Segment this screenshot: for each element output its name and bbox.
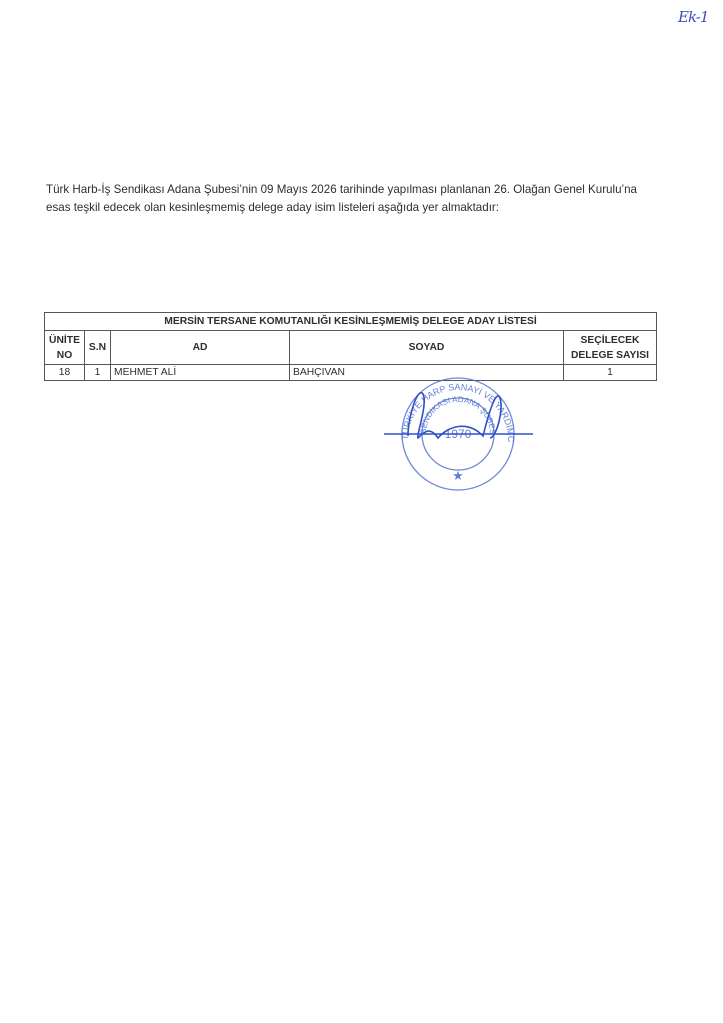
header-soyad: SOYAD xyxy=(290,331,564,365)
delegate-candidate-table: MERSİN TERSANE KOMUTANLIĞI KESİNLEŞMEMİŞ… xyxy=(44,312,657,381)
cell-delegate-count: 1 xyxy=(564,365,657,381)
header-sn: S.N xyxy=(85,331,111,365)
header-unit-no: ÜNİTE NO xyxy=(45,331,85,365)
page-border xyxy=(0,0,724,1024)
union-stamp: TÜRKİYE HARP SANAYİ VE YARDIMCI İŞKOLLAR… xyxy=(378,376,538,496)
intro-line-1: Türk Harb-İş Sendikası Adana Şubesi’nin … xyxy=(46,181,676,199)
table-row: 18 1 MEHMET ALİ BAHÇIVAN 1 xyxy=(45,365,657,381)
intro-paragraph: Türk Harb-İş Sendikası Adana Şubesi’nin … xyxy=(46,181,676,217)
star-icon: ★ xyxy=(452,468,464,483)
header-delegate-count: SEÇİLECEK DELEGE SAYISI xyxy=(564,331,657,365)
stamp-inner-text: SENDİKASI ADANA ŞUBESİ xyxy=(378,376,497,435)
cell-sn: 1 xyxy=(85,365,111,381)
header-ad: AD xyxy=(111,331,290,365)
table-title: MERSİN TERSANE KOMUTANLIĞI KESİNLEŞMEMİŞ… xyxy=(45,313,657,331)
annex-label: Ek-1 xyxy=(678,8,708,26)
cell-unit-no: 18 xyxy=(45,365,85,381)
intro-line-2: esas teşkil edecek olan kesinleşmemiş de… xyxy=(46,199,676,217)
cell-ad: MEHMET ALİ xyxy=(111,365,290,381)
